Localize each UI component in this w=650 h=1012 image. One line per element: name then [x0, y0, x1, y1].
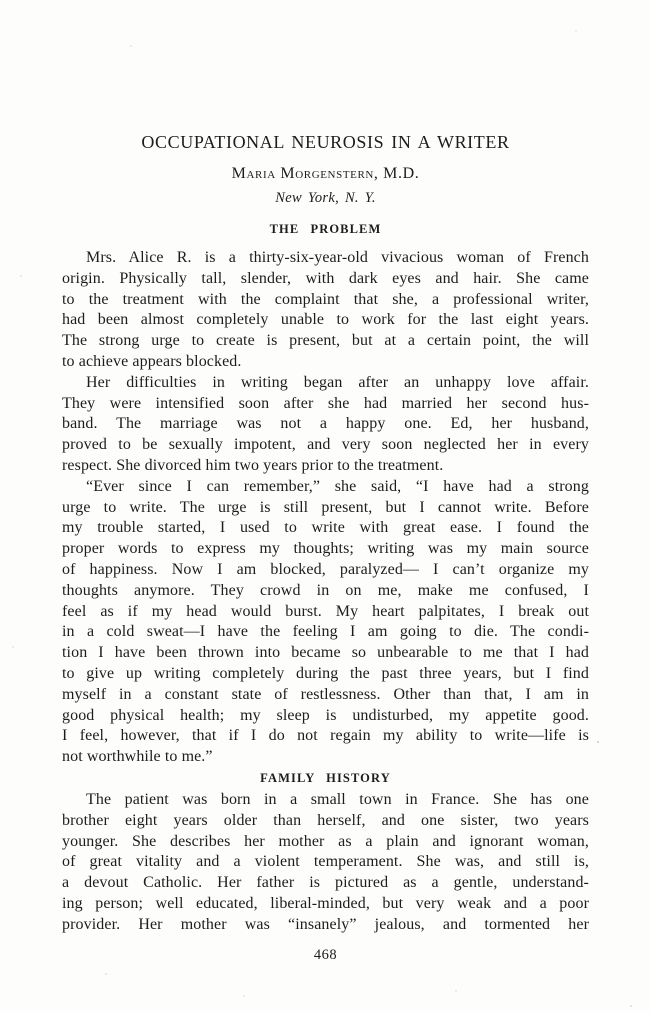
text-line: had been almost completely unable to wor…	[62, 310, 589, 331]
text-line: not worthwhile to me.”	[62, 747, 589, 768]
text-line: The strong urge to create is present, bu…	[62, 331, 589, 352]
text-block: OCCUPATIONAL NEUROSIS IN A WRITER Maria …	[62, 0, 589, 963]
text-line: Mrs. Alice R. is a thirty-six-year-old v…	[62, 248, 589, 269]
scan-specks	[0, 0, 2, 2]
text-line: brother eight years older than herself, …	[62, 811, 589, 832]
text-line: They were intensified soon after she had…	[62, 394, 589, 415]
scanned-journal-page: OCCUPATIONAL NEUROSIS IN A WRITER Maria …	[0, 0, 650, 1012]
text-line: myself in a constant state of restlessne…	[62, 685, 589, 706]
text-line: I feel, however, that if I do not regain…	[62, 726, 589, 747]
text-line: feel as if my head would burst. My heart…	[62, 602, 589, 623]
paragraph-family-history-1: The patient was born in a small town in …	[62, 790, 589, 936]
text-line: younger. She describes her mother as a p…	[62, 832, 589, 853]
text-line: proper words to express my thoughts; wri…	[62, 539, 589, 560]
text-line: proved to be sexually impotent, and very…	[62, 435, 589, 456]
page-number: 468	[62, 947, 589, 963]
text-line: respect. She divorced him two years prio…	[62, 456, 589, 477]
text-line: to give up writing completely during the…	[62, 664, 589, 685]
section-heading-family-history: FAMILY HISTORY	[62, 771, 589, 785]
text-line: to the treatment with the complaint that…	[62, 290, 589, 311]
author-location: New York, N. Y.	[62, 190, 589, 207]
paragraph-problem-2: Her difficulties in writing began after …	[62, 373, 589, 477]
text-line: “Ever since I can remember,” she said, “…	[62, 477, 589, 498]
text-line: in a cold sweat—I have the feeling I am …	[62, 622, 589, 643]
paragraph-problem-1: Mrs. Alice R. is a thirty-six-year-old v…	[62, 248, 589, 373]
paragraph-problem-3: “Ever since I can remember,” she said, “…	[62, 477, 589, 768]
text-line: origin. Physically tall, slender, with d…	[62, 269, 589, 290]
text-line: good physical health; my sleep is undist…	[62, 706, 589, 727]
text-line: Her difficulties in writing began after …	[62, 373, 589, 394]
author-byline: Maria Morgenstern, M.D.	[62, 165, 589, 183]
text-line: urge to write. The urge is still present…	[62, 498, 589, 519]
text-line: a devout Catholic. Her father is picture…	[62, 873, 589, 894]
section-heading-the-problem: THE PROBLEM	[62, 222, 589, 236]
text-line: to achieve appears blocked.	[62, 352, 589, 373]
text-line: The patient was born in a small town in …	[62, 790, 589, 811]
text-line: of great vitality and a violent temperam…	[62, 852, 589, 873]
text-line: ing person; well educated, liberal-minde…	[62, 894, 589, 915]
text-line: tion I have been thrown into became so u…	[62, 643, 589, 664]
text-line: provider. Her mother was “insanely” jeal…	[62, 915, 589, 936]
text-line: band. The marriage was not a happy one. …	[62, 414, 589, 435]
text-line: of happiness. Now I am blocked, paralyze…	[62, 560, 589, 581]
text-line: thoughts anymore. They crowd in on me, m…	[62, 581, 589, 602]
page-title: OCCUPATIONAL NEUROSIS IN A WRITER	[62, 0, 589, 153]
text-line: my trouble started, I used to write with…	[62, 518, 589, 539]
